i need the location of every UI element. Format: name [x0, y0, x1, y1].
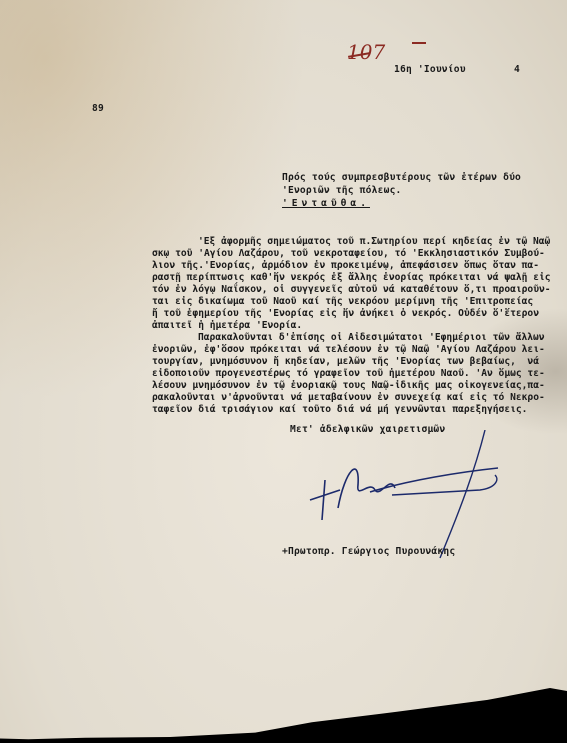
signatory-name: +Πρωτοπρ. Γεώργιος Πυρουνάκης	[282, 546, 455, 557]
body-line: ἤ τοῦ ἐφημερίου τῆς 'Ενορίας εἰς ἥν ἀνήκ…	[152, 308, 539, 319]
body-line: Παρακαλοῦνται δ'ἐπίσης οἱ Αἰδεσιμώτατοι …	[198, 332, 545, 343]
handwritten-number: 107	[347, 40, 385, 64]
recipient-line-3: 'Ενταῦθα.	[282, 198, 370, 209]
body-line: τόν ἐν λόγῳ Ναΐσκον, οἱ συγγενεῖς αὐτοῦ …	[152, 284, 551, 295]
date: 16η 'Ιουνίου	[394, 64, 466, 75]
signature	[300, 430, 500, 560]
body-line: ἀπαιτεῖ ἡ ἡμετέρα 'Ενορία.	[152, 320, 302, 331]
body-line: τουργίαν, μνημόσυνον ἤ κηδείαν, μελῶν τῆ…	[152, 356, 539, 367]
handwritten-dash-right	[412, 42, 426, 44]
body-line: σκῳ τοῦ 'Αγίου Λαζάρου, τοῦ νεκροταφείου…	[152, 248, 545, 259]
body-line: ρακαλοῦνται ν'ἀρνοῦνται νά μεταβαίνουν ἐ…	[152, 392, 545, 403]
recipient-line-1: Πρός τούς συμπρεσβυτέρους τῶν ἑτέρων δύο	[282, 172, 521, 183]
body-line: λέσουν μνημόσυνον ἐν τῷ ἐνοριακῷ τους Να…	[152, 380, 545, 391]
recipient-line-2: 'Ενοριῶν τῆς πόλεως.	[282, 185, 402, 196]
page-marker: 4	[514, 64, 520, 75]
body-line: ἐνοριῶν, ἐφ'ὅσον πρόκειται νά τελέσουν ἐ…	[152, 344, 545, 355]
body-line: 'Εξ ἀφορμῆς σημειώματος τοῦ π.Σωτηρίου π…	[198, 236, 550, 247]
body-line: ραστῇ περίπτωσις καθ'ἥν νεκρός ἐξ ἄλλης …	[152, 272, 551, 283]
body-line: ται εἰς δικαίωμα τοῦ Ναοῦ καί τῆς νεκρόο…	[152, 296, 533, 307]
reference-number: 89	[92, 103, 104, 114]
body-line: εἰδοποιοῦν προγενεστέρως τό γραφεῖον τοῦ…	[152, 368, 545, 379]
body-line: ταφεῖον διά τρισάγιον καί τοῦτο διά νά μ…	[152, 404, 527, 415]
body-line: λιον τῆς.'Ενορίας, ἁρμόδιον ἐν προκειμέν…	[152, 260, 539, 271]
